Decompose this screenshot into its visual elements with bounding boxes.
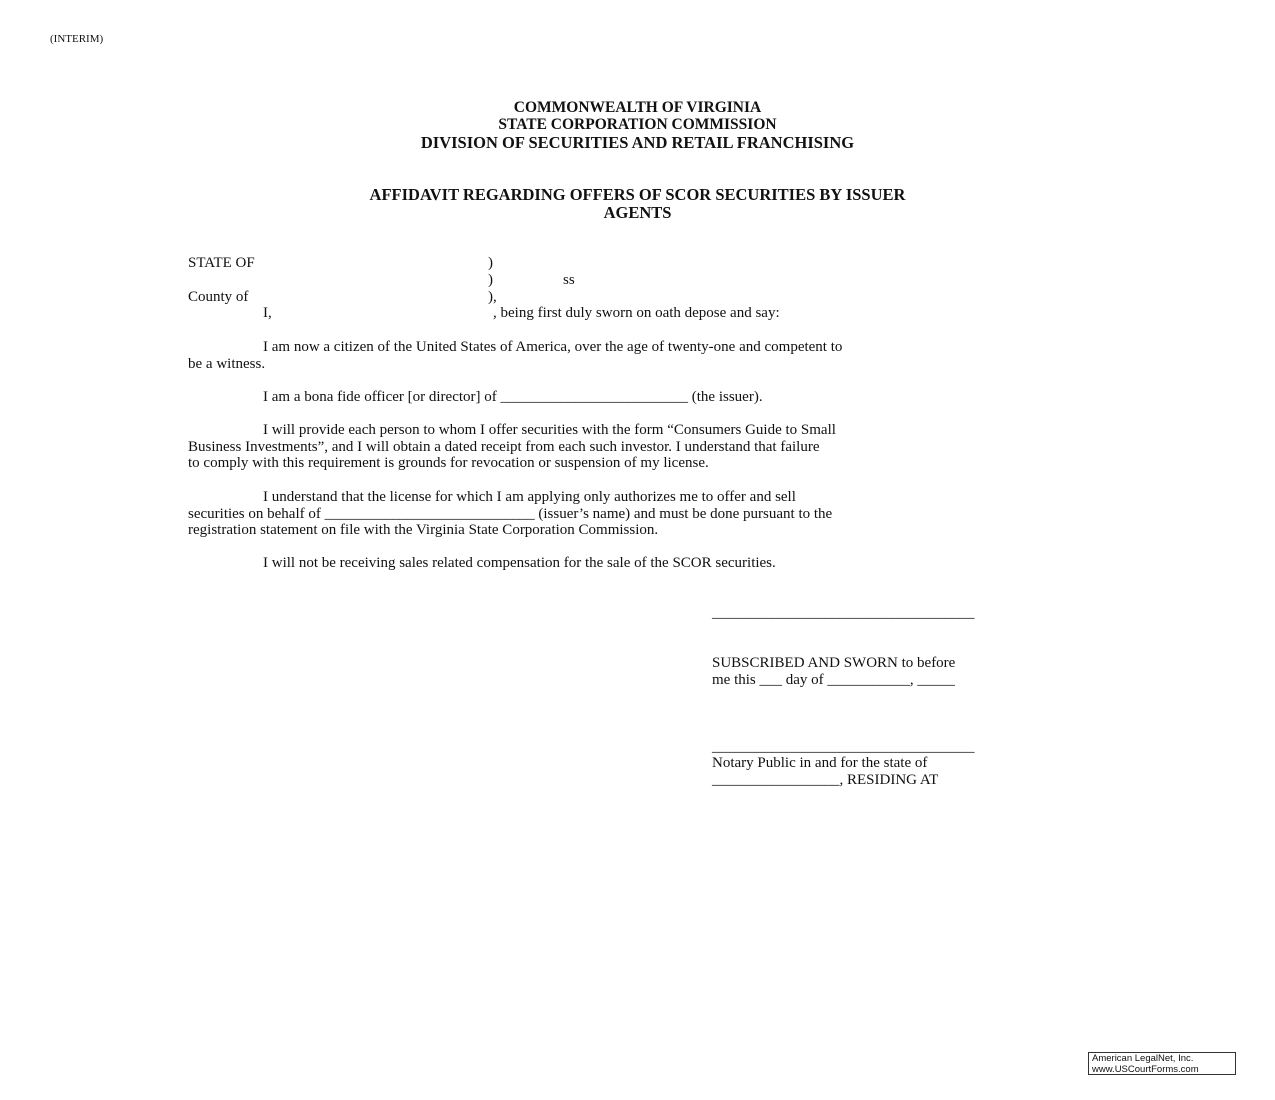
paragraph-consumers-guide: I will provide each person to whom I off… xyxy=(188,422,1088,472)
header-division: DIVISION OF SECURITIES AND RETAIL FRANCH… xyxy=(0,133,1275,153)
paragraph-license-scope: I understand that the license for which … xyxy=(188,489,1088,539)
affiant-prefix: I, xyxy=(263,305,272,322)
document-title: AFFIDAVIT REGARDING OFFERS OF SCOR SECUR… xyxy=(0,185,1275,205)
affiant-oath-text: , being first duly sworn on oath depose … xyxy=(493,305,780,322)
paragraph-line: registration statement on file with the … xyxy=(188,522,1088,539)
venue-paren-2: ) xyxy=(488,272,493,289)
paragraph-citizenship: I am now a citizen of the United States … xyxy=(188,339,1088,372)
county-of-label: County of xyxy=(188,289,248,306)
residing-at-line: _________________, RESIDING AT xyxy=(712,772,938,789)
notary-signature-line: ___________________________________ xyxy=(712,739,975,756)
venue-paren-3: ), xyxy=(488,289,497,306)
notary-public-label: Notary Public in and for the state of xyxy=(712,755,927,772)
state-of-label: STATE OF xyxy=(188,255,255,272)
publisher-footer: American LegalNet, Inc. www.USCourtForms… xyxy=(1088,1052,1236,1075)
paragraph-line: Business Investments”, and I will obtain… xyxy=(188,439,1088,456)
publisher-name: American LegalNet, Inc. xyxy=(1092,1054,1232,1065)
subscribed-sworn-text: SUBSCRIBED AND SWORN to before xyxy=(712,655,955,672)
paragraph-line: securities on behalf of ________________… xyxy=(188,506,1088,523)
affiant-signature-line: ___________________________________ xyxy=(712,605,975,622)
paragraph-line: to comply with this requirement is groun… xyxy=(188,455,1088,472)
paragraph-line: be a witness. xyxy=(188,356,1088,373)
sworn-date-line: me this ___ day of ___________, _____ xyxy=(712,672,955,689)
paragraph-officer: I am a bona fide officer [or director] o… xyxy=(188,389,1088,406)
paragraph-line: I will not be receiving sales related co… xyxy=(263,555,776,571)
ss-label: ss xyxy=(563,272,575,289)
paragraph-line: I understand that the license for which … xyxy=(263,489,796,505)
paragraph-line: I will provide each person to whom I off… xyxy=(263,422,836,438)
venue-paren-1: ) xyxy=(488,255,493,272)
publisher-website: www.USCourtForms.com xyxy=(1092,1065,1232,1076)
interim-label: (INTERIM) xyxy=(50,33,103,45)
paragraph-compensation: I will not be receiving sales related co… xyxy=(188,555,1088,572)
paragraph-line: I am now a citizen of the United States … xyxy=(263,339,842,355)
paragraph-line: I am a bona fide officer [or director] o… xyxy=(263,389,763,405)
document-title-continued: AGENTS xyxy=(0,203,1275,223)
header-commission: STATE CORPORATION COMMISSION xyxy=(0,116,1275,134)
header-commonwealth: COMMONWEALTH OF VIRGINIA xyxy=(0,99,1275,117)
